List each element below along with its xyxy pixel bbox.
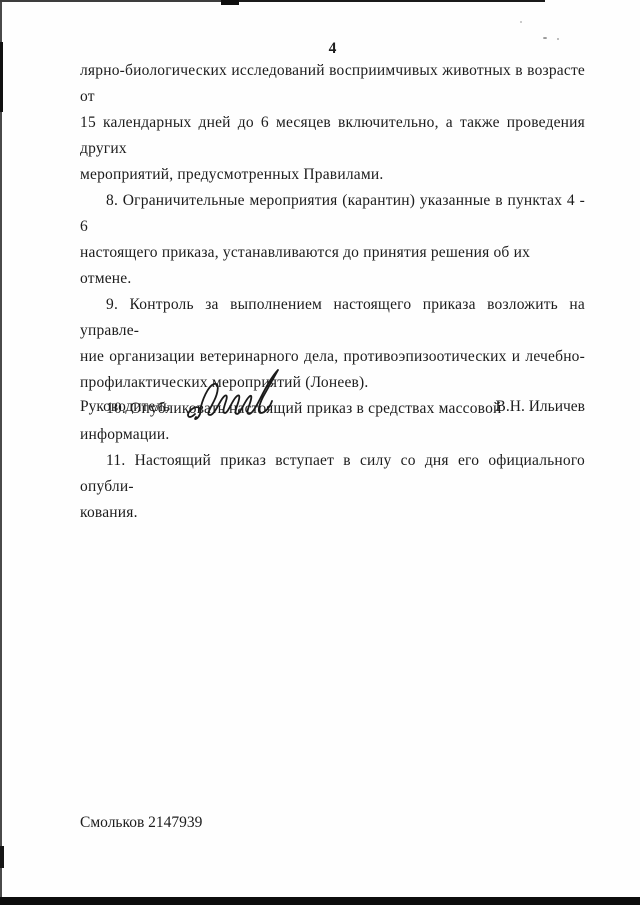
- text-line: лярно-биологических исследований восприи…: [80, 58, 585, 110]
- document-page: 4 лярно-биологических исследований воспр…: [0, 0, 640, 905]
- scan-edge-bottom: [0, 897, 640, 905]
- text-line: ние организации ветеринарного дела, прот…: [80, 344, 585, 370]
- text-line: 15 календарных дней до 6 месяцев включит…: [80, 110, 585, 162]
- text-line: мероприятий, предусмотренных Правилами.: [80, 162, 585, 188]
- scan-edge-top: [239, 0, 545, 2]
- text-line: 8. Ограничительные мероприятия (карантин…: [80, 188, 585, 240]
- scan-edge-top-blob: [221, 0, 239, 5]
- scan-edge-left: [0, 0, 2, 905]
- signature: [183, 366, 295, 430]
- text-line: 9. Контроль за выполнением настоящего пр…: [80, 292, 585, 344]
- signature-block: Руководитель В.Н. Ильичев: [80, 394, 585, 420]
- text-line: настоящего приказа, устанавливаются до п…: [80, 240, 585, 292]
- scan-edge-top: [0, 0, 223, 2]
- text-line: профилактических мероприятий (Лонеев).: [80, 370, 585, 396]
- footer-note: Смольков 2147939: [80, 810, 202, 836]
- scan-edge-left-blob: [0, 846, 4, 868]
- scan-edge-left-blob: [0, 42, 3, 112]
- document-body: лярно-биологических исследований восприи…: [80, 58, 585, 526]
- text-line: кования.: [80, 500, 585, 526]
- scan-speck: [520, 21, 522, 23]
- text-line: 11. Настоящий приказ вступает в силу со …: [80, 448, 585, 500]
- signer-name: В.Н. Ильичев: [496, 394, 585, 420]
- signer-role: Руководитель: [80, 394, 170, 420]
